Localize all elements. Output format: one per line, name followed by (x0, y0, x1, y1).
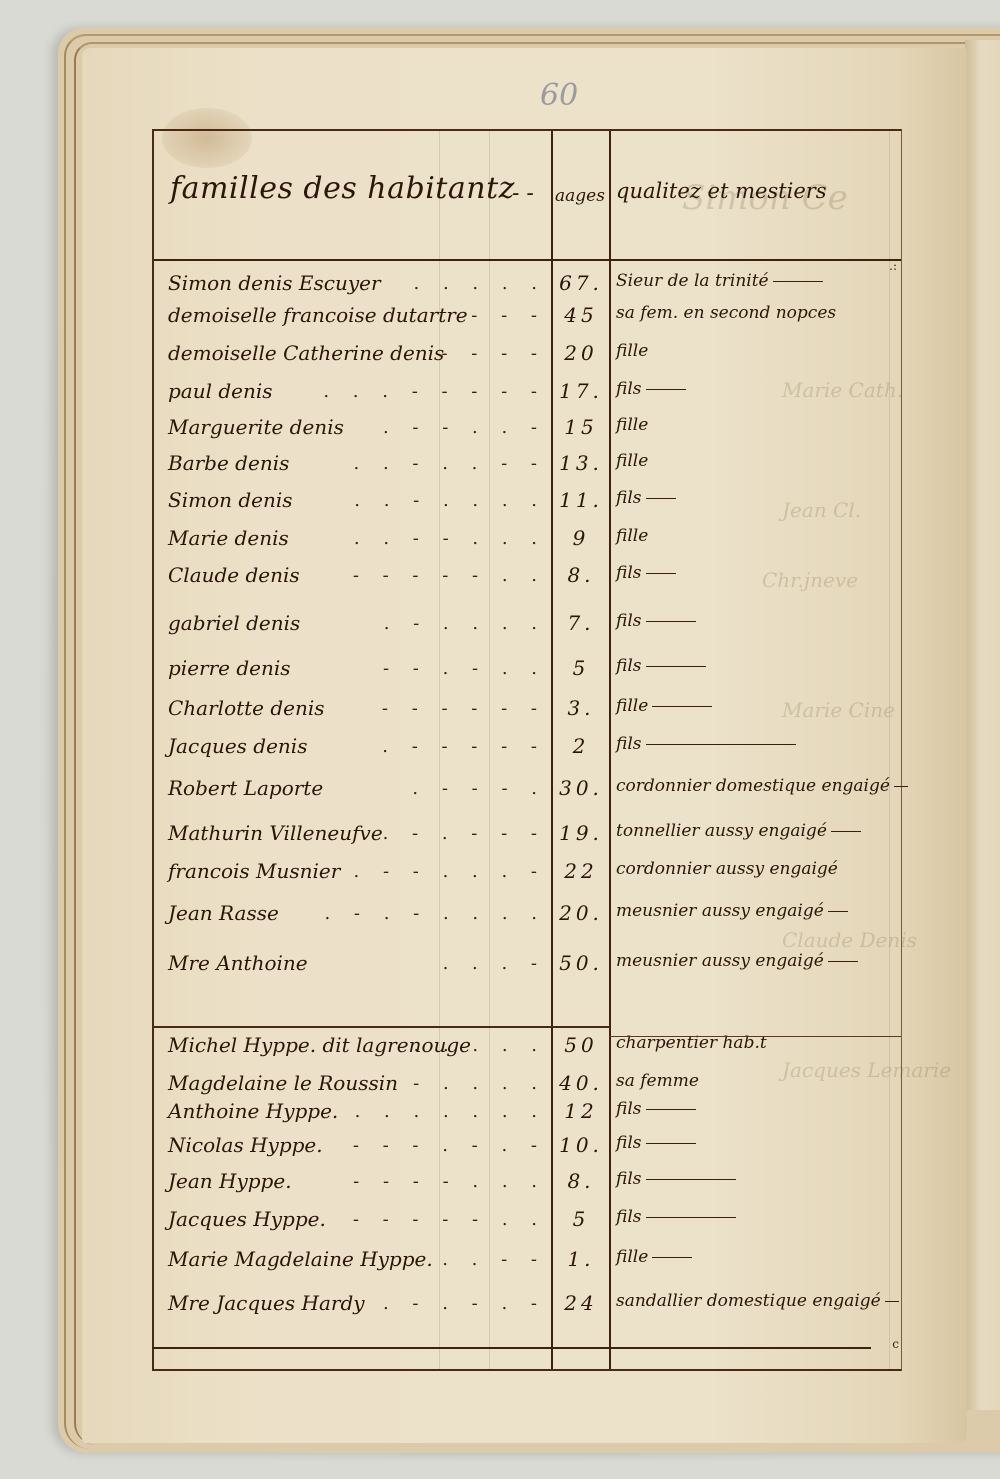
flourish-line (894, 786, 908, 787)
entry-age: 19. (556, 821, 606, 845)
entry-quality: fils (616, 1207, 736, 1227)
quality-text: fils (616, 656, 642, 676)
dot-leader: - - - - - . . (353, 1209, 546, 1230)
quality-text: fils (616, 563, 642, 583)
dot-leader: - - - - . . . (353, 1171, 546, 1192)
entry-age: 12 (556, 1099, 606, 1123)
table-row: francois Musnier . - - . . . - 22 cordon… (154, 859, 901, 893)
quality-text: fils (616, 611, 642, 631)
header-rule (154, 259, 901, 261)
entry-name: demoiselle Catherine denis (168, 341, 444, 365)
flourish-line (652, 706, 712, 707)
entry-age: 8. (556, 1169, 606, 1193)
header-families: familles des habitantz (170, 171, 515, 206)
dot-leader: . . . . . . . (355, 1101, 546, 1122)
table-row: Mre Anthoine . . . - 50. meusnier aussy … (154, 951, 901, 985)
table-row: gabriel denis . - . . . . 7. fils (154, 611, 901, 645)
entry-name: pierre denis (168, 656, 291, 680)
entry-quality: cordonnier aussy engaigé (616, 859, 838, 879)
table-row: Michel Hyppe. dit lagrenouge . . . . . 5… (154, 1033, 901, 1067)
entry-age: 3. (556, 696, 606, 720)
entry-quality: sandallier domestique engaigé (616, 1291, 899, 1311)
entry-name: Robert Laporte (168, 776, 323, 800)
dot-leader: - - - . - . - (353, 1135, 546, 1156)
entry-quality: meusnier aussy engaigé (616, 951, 858, 971)
table-row: Anthoine Hyppe. . . . . . . . 12 fils (154, 1099, 901, 1133)
entry-name: Jacques Hyppe. (168, 1207, 326, 1231)
flourish-line (646, 744, 796, 745)
entry-age: 20. (556, 901, 606, 925)
dot-leader: . . . - (443, 953, 546, 974)
entry-name: paul denis (168, 379, 273, 403)
table-row: Barbe denis . . - . . - - 13. fille (154, 451, 901, 485)
entry-quality: sa fem. en second nopces (616, 303, 836, 323)
entry-age: 15 (556, 415, 606, 439)
entry-quality: fille (616, 415, 648, 435)
entry-quality: fille (616, 526, 648, 546)
entry-age: 17. (556, 379, 606, 403)
entry-quality: fils (616, 1133, 696, 1153)
entry-name: Anthoine Hyppe. (168, 1099, 338, 1123)
entry-age: 1. (556, 1247, 606, 1271)
table-row: Marguerite denis . - - . . - 15 fille (154, 415, 901, 449)
table-row: Robert Laporte . - - - . 30. cordonnier … (154, 776, 901, 810)
entry-age: 30. (556, 776, 606, 800)
flourish-line (828, 961, 858, 962)
entry-quality: fils (616, 734, 796, 754)
entry-age: 10. (556, 1133, 606, 1157)
flourish-line (773, 281, 823, 282)
entry-quality: Sieur de la trinité (616, 271, 823, 291)
flourish-line (828, 911, 848, 912)
quality-text: meusnier aussy engaigé (616, 951, 824, 971)
flourish-line (646, 389, 686, 390)
entry-age: 5 (556, 1207, 606, 1231)
entry-age: 11. (556, 488, 606, 512)
entry-name: Marguerite denis (168, 415, 344, 439)
dot-leader: - - - - (442, 343, 547, 364)
entry-quality: fils (616, 611, 696, 631)
table-row: Marie denis . . - - . . . 9 fille (154, 526, 901, 560)
table-row: Nicolas Hyppe. - - - . - . - 10. fils (154, 1133, 901, 1167)
dot-leader: - - - (471, 305, 546, 326)
dot-leader: . - - . . . - (354, 861, 546, 882)
entry-name: Mre Jacques Hardy (168, 1291, 365, 1315)
entry-age: 20 (556, 341, 606, 365)
entry-name: Simon denis (168, 488, 293, 512)
entry-age: 9 (556, 526, 606, 550)
table-row: Marie Magdelaine Hyppe. . . - - 1. fille (154, 1247, 901, 1281)
dot-leader: . . . . . (414, 273, 547, 294)
dot-leader: . - - . . - (383, 417, 546, 438)
quality-text: cordonnier domestique engaigé (616, 776, 890, 796)
entry-age: 45 (556, 303, 606, 327)
census-ledger-table: familles des habitantz - - aages qualite… (152, 129, 902, 1371)
table-row: demoiselle francoise dutartre - - - 45 s… (154, 303, 901, 337)
quality-text: sandallier domestique engaigé (616, 1291, 881, 1311)
entry-age: 24 (556, 1291, 606, 1315)
quality-text: fils (616, 1207, 642, 1227)
entry-name: Simon denis Escuyer (168, 271, 381, 295)
quality-text: Sieur de la trinité (616, 271, 769, 291)
flourish-line (831, 831, 861, 832)
header-ages: aages (555, 186, 605, 206)
entry-name: Claude denis (168, 563, 300, 587)
entry-age: 22 (556, 859, 606, 883)
quality-text: tonnellier aussy engaigé (616, 821, 827, 841)
family-group-divider-right (609, 1036, 901, 1037)
entry-quality: fils (616, 1169, 736, 1189)
adjacent-page-edge (965, 40, 1000, 1410)
flourish-line (646, 666, 706, 667)
quality-text: fils (616, 379, 642, 399)
dot-leader: . - . - - - (383, 823, 546, 844)
quality-text: fils (616, 1133, 642, 1153)
flourish-line (646, 1217, 736, 1218)
dot-leader: . . . - - - - - (323, 381, 546, 402)
flourish-line (646, 573, 676, 574)
table-row: demoiselle Catherine denis - - - - 20 fi… (154, 341, 901, 375)
entry-name: Marie denis (168, 526, 289, 550)
entry-quality: fille (616, 451, 648, 471)
entry-quality: sa femme (616, 1071, 699, 1091)
entry-quality: cordonnier domestique engaigé (616, 776, 908, 796)
entry-age: 8. (556, 563, 606, 587)
entry-name: francois Musnier (168, 859, 340, 883)
entry-age: 7. (556, 611, 606, 635)
flourish-line (646, 1143, 696, 1144)
table-row: Claude denis - - - - - . . 8. fils (154, 563, 901, 597)
table-row: Charlotte denis - - - - - - 3. fille (154, 696, 901, 730)
entry-age: 13. (556, 451, 606, 475)
entry-name: Jean Hyppe. (168, 1169, 292, 1193)
entry-quality: fils (616, 1099, 696, 1119)
table-row: Simon denis . . - . . . . 11. fils (154, 488, 901, 522)
entry-name: Mathurin Villeneufve (168, 821, 383, 845)
entry-quality: meusnier aussy engaigé (616, 901, 848, 921)
entry-name: demoiselle francoise dutartre (168, 303, 468, 327)
entry-name: Jean Rasse (168, 901, 279, 925)
entry-name: Barbe denis (168, 451, 289, 475)
flourish-line (885, 1301, 899, 1302)
table-row: Mre Jacques Hardy . - . - . - 24 sandall… (154, 1291, 901, 1325)
entry-quality: fille (616, 1247, 692, 1267)
entry-quality: fille (616, 696, 712, 716)
dot-leader: . - - - . (412, 778, 546, 799)
dot-leader: - - - - - . . (353, 565, 546, 586)
flourish-line (646, 621, 696, 622)
entry-name: Charlotte denis (168, 696, 325, 720)
quality-text: fils (616, 734, 642, 754)
entry-quality: tonnellier aussy engaigé (616, 821, 861, 841)
table-row: Mathurin Villeneufve . - . - - - 19. ton… (154, 821, 901, 855)
entry-age: 2 (556, 734, 606, 758)
page-number: 60 (540, 78, 578, 113)
dot-leader: . . . . . (414, 1035, 547, 1056)
margin-mark: c (892, 1337, 899, 1351)
dot-leader: . - . - . - (383, 1293, 546, 1314)
header-qualities: qualitez et mestiers (616, 179, 827, 203)
entry-age: 5 (556, 656, 606, 680)
entry-age: 40. (556, 1071, 606, 1095)
bottom-rule (152, 1347, 871, 1349)
quality-text: fils (616, 488, 642, 508)
entry-age: 50 (556, 1033, 606, 1057)
entry-name: gabriel denis (168, 611, 300, 635)
dot-leader: . - . . . . (384, 613, 546, 634)
table-row: Jean Rasse . - . - . . . . 20. meusnier … (154, 901, 901, 935)
entry-quality: fils (616, 563, 676, 583)
entry-name: Magdelaine le Roussin (168, 1071, 398, 1095)
flourish-line (646, 498, 676, 499)
family-group-divider (154, 1026, 609, 1028)
table-row: Simon denis Escuyer . . . . . 67. Sieur … (154, 271, 901, 305)
table-row: paul denis . . . - - - - - 17. fils (154, 379, 901, 413)
entry-name: Nicolas Hyppe. (168, 1133, 323, 1157)
dot-leader: . . - . . . . (354, 490, 546, 511)
dot-leader: . - - - - - (382, 736, 546, 757)
dot-leader: - - - - - - (382, 698, 546, 719)
entry-age: 67. (556, 271, 606, 295)
quality-text: fille (616, 696, 648, 716)
dot-leader: . - . - . . . . (324, 903, 546, 924)
entry-quality: fille (616, 341, 648, 361)
table-row: Jacques denis . - - - - - 2 fils (154, 734, 901, 768)
dot-leader: - . . . . (413, 1073, 546, 1094)
entry-name: Marie Magdelaine Hyppe. (168, 1247, 433, 1271)
dot-leader: - - . - . . (383, 658, 546, 679)
header-dash: - - (512, 181, 534, 206)
quality-text: fille (616, 1247, 648, 1267)
entry-name: Jacques denis (168, 734, 307, 758)
quality-text: fils (616, 1169, 642, 1189)
flourish-line (646, 1179, 736, 1180)
table-row: pierre denis - - . - . . 5 fils (154, 656, 901, 690)
entry-name: Mre Anthoine (168, 951, 308, 975)
quality-text: fils (616, 1099, 642, 1119)
quality-text: meusnier aussy engaigé (616, 901, 824, 921)
dot-leader: . . - - . . . (354, 528, 546, 549)
entry-age: 50. (556, 951, 606, 975)
flourish-line (646, 1109, 696, 1110)
dot-leader: . . - - (442, 1249, 546, 1270)
dot-leader: . . - . . - - (354, 453, 546, 474)
entry-quality: fils (616, 656, 706, 676)
entry-quality: fils (616, 488, 676, 508)
flourish-line (652, 1257, 692, 1258)
entry-quality: fils (616, 379, 686, 399)
table-row: Jacques Hyppe. - - - - - . . 5 fils (154, 1207, 901, 1241)
header-row: familles des habitantz - - aages qualite… (154, 131, 901, 259)
table-row: Jean Hyppe. - - - - . . . 8. fils (154, 1169, 901, 1203)
